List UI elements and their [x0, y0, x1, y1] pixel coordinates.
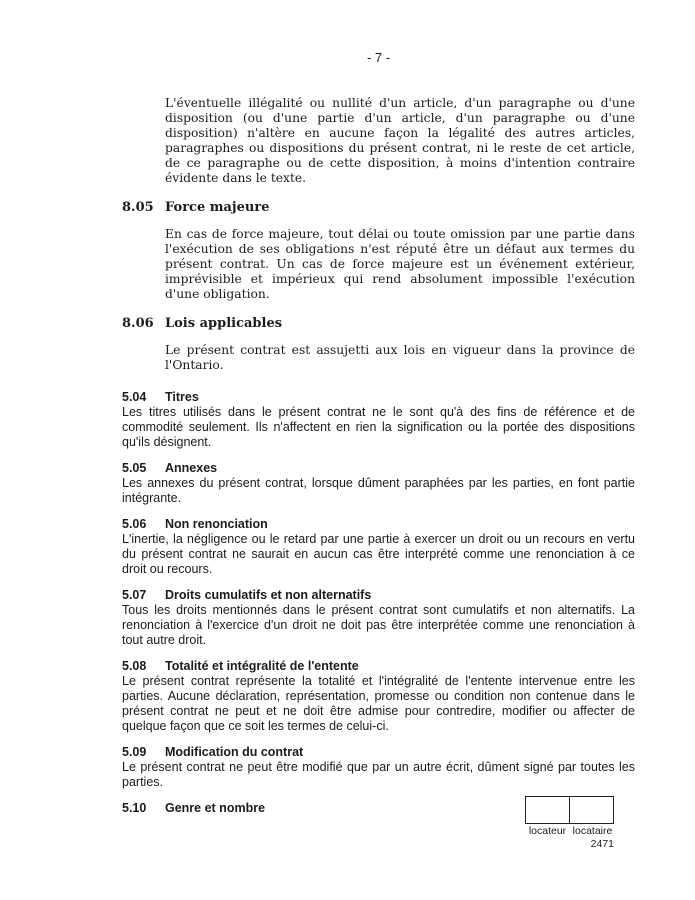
- paragraph-severability: L'éventuelle illégalité ou nullité d'un …: [165, 96, 635, 186]
- initials-boxes: [525, 796, 617, 824]
- section-title: Modification du contrat: [165, 745, 303, 759]
- section-title: Droits cumulatifs et non alternatifs: [165, 588, 371, 602]
- initials-area: locateur locataire 2471: [525, 796, 617, 851]
- section-number: 8.06: [122, 316, 165, 331]
- document-page: - 7 - L'éventuelle illégalité ou nullité…: [0, 0, 695, 900]
- section-heading-5-06: 5.06Non renonciation: [122, 517, 635, 532]
- section-heading-5-07: 5.07Droits cumulatifs et non alternatifs: [122, 588, 635, 603]
- label-locataire: locataire: [570, 825, 615, 838]
- label-locateur: locateur: [525, 825, 570, 838]
- section-heading-5-09: 5.09Modification du contrat: [122, 745, 635, 760]
- initials-box-locataire: [570, 796, 614, 824]
- section-heading-5-08: 5.08Totalité et intégralité de l'entente: [122, 659, 635, 674]
- section-heading-5-05: 5.05Annexes: [122, 461, 635, 476]
- section-number: 5.04: [122, 390, 165, 405]
- section-title: Force majeure: [165, 200, 269, 215]
- section-number: 5.06: [122, 517, 165, 532]
- section-number: 5.05: [122, 461, 165, 476]
- section-title: Annexes: [165, 461, 217, 475]
- section-heading-8-05: 8.05Force majeure: [122, 200, 635, 215]
- section-body-5-07: Tous les droits mentionnés dans le prése…: [122, 603, 635, 648]
- section-heading-5-04: 5.04Titres: [122, 390, 635, 405]
- page-number: - 7 -: [122, 50, 635, 65]
- section-number: 5.08: [122, 659, 165, 674]
- section-number: 5.10: [122, 801, 165, 816]
- section-body-5-05: Les annexes du présent contrat, lorsque …: [122, 476, 635, 506]
- section-number: 5.09: [122, 745, 165, 760]
- section-title: Genre et nombre: [165, 801, 265, 815]
- section-body-5-08: Le présent contrat représente la totalit…: [122, 674, 635, 734]
- section-title: Titres: [165, 390, 199, 404]
- section-number: 5.07: [122, 588, 165, 603]
- form-number: 2471: [525, 838, 617, 851]
- section-body-8-06: Le présent contrat est assujetti aux loi…: [165, 343, 635, 373]
- section-body-8-05: En cas de force majeure, tout délai ou t…: [165, 227, 635, 302]
- section-title: Non renonciation: [165, 517, 268, 531]
- section-body-5-09: Le présent contrat ne peut être modifié …: [122, 760, 635, 790]
- section-number: 8.05: [122, 200, 165, 215]
- section-title: Lois applicables: [165, 316, 282, 331]
- section-body-5-04: Les titres utilisés dans le présent cont…: [122, 405, 635, 450]
- section-heading-8-06: 8.06Lois applicables: [122, 316, 635, 331]
- initials-box-locateur: [525, 796, 570, 824]
- section-title: Totalité et intégralité de l'entente: [165, 659, 359, 673]
- section-body-5-06: L'inertie, la négligence ou le retard pa…: [122, 532, 635, 577]
- initials-labels: locateur locataire: [525, 825, 617, 838]
